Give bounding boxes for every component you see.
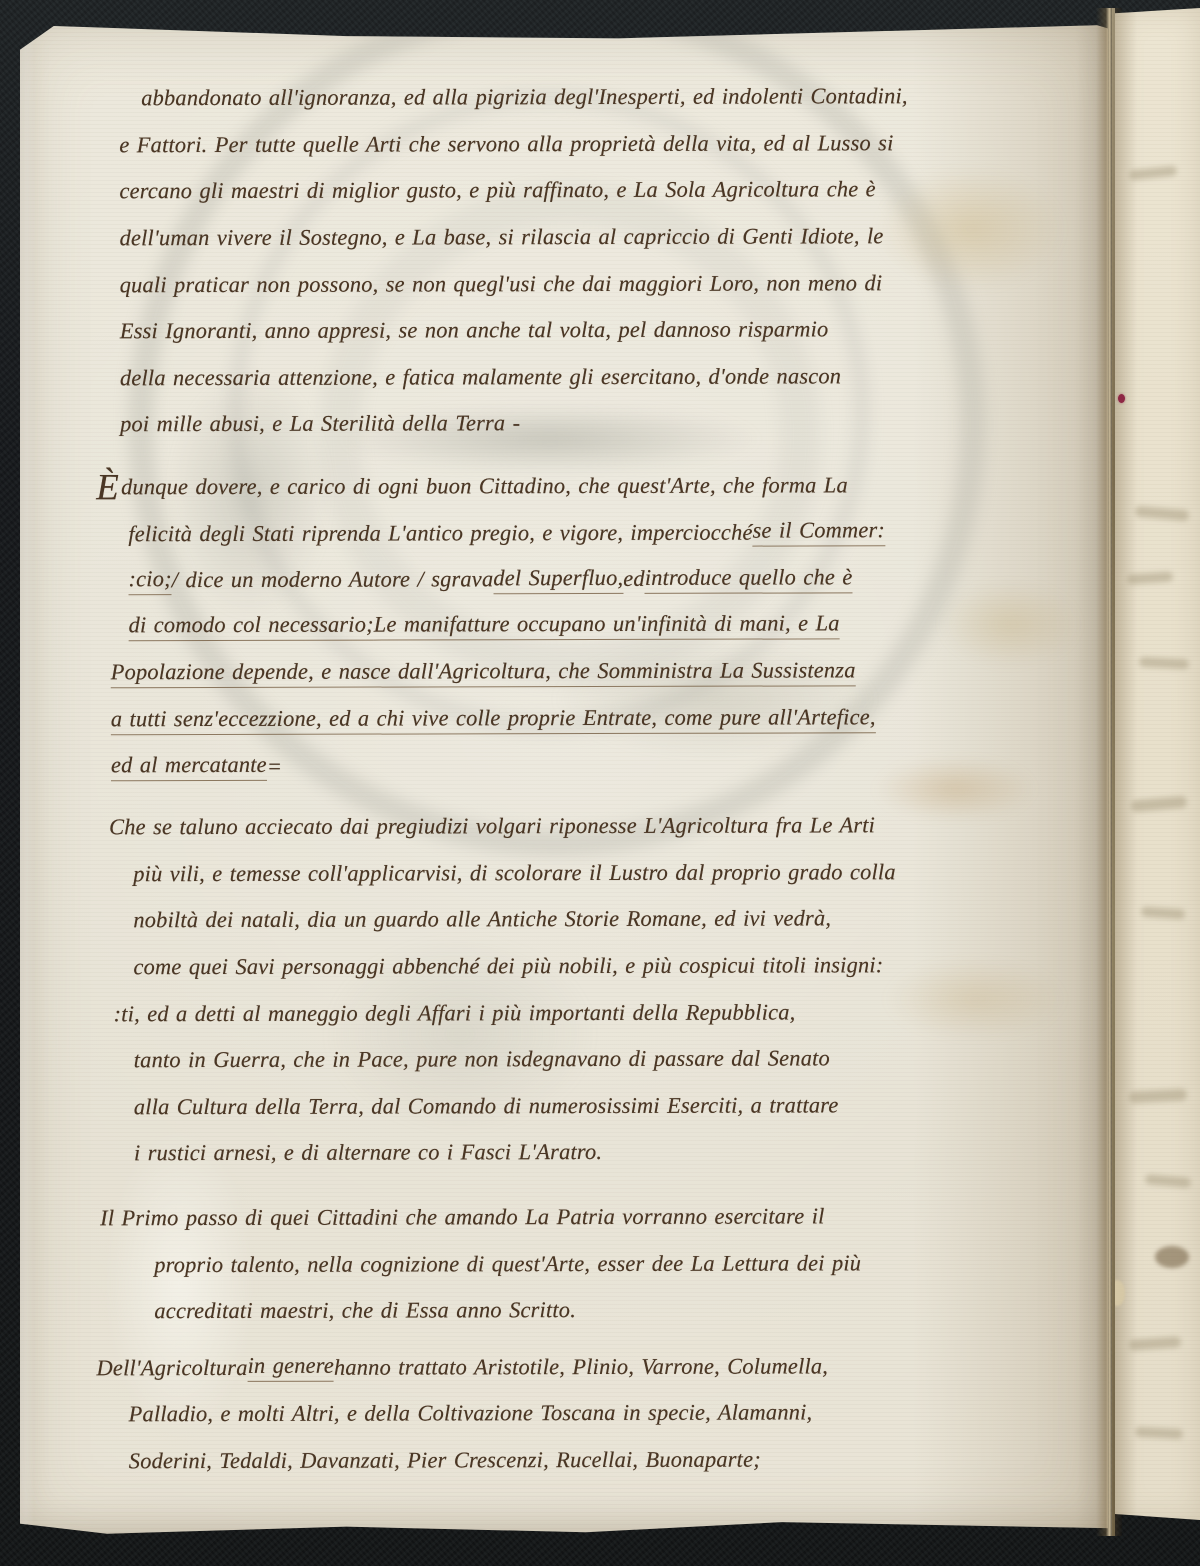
ghost-text-smudge xyxy=(1145,1174,1192,1188)
manuscript-line: proprio talento, nella cognizione di que… xyxy=(96,1239,1098,1288)
text-segment: :ti, ed a detti al maneggio degli Affari… xyxy=(114,999,796,1027)
text-segment: della necessaria attenzione, e fatica ma… xyxy=(120,363,841,391)
text-segment: Essi Ignoranti, anno appresi, se non anc… xyxy=(120,317,829,345)
manuscript-line: È dunque dovere, e carico di ogni buon C… xyxy=(94,461,1096,510)
manuscript-line: Il Primo passo di quei Cittadini che ama… xyxy=(96,1192,1098,1241)
underlined-text-segment: ed al mercatante xyxy=(111,752,267,781)
underlined-text-segment: introduce quello che è xyxy=(645,564,853,594)
facing-page-edge xyxy=(1115,8,1200,1520)
paragraph-2: È dunque dovere, e carico di ogni buon C… xyxy=(94,461,1097,790)
manuscript-line: Soderini, Tedaldi, Davanzati, Pier Cresc… xyxy=(97,1435,1099,1484)
manuscript-text: abbandonato all'ignoranza, ed alla pigri… xyxy=(93,73,1099,1485)
manuscript-line: cercano gli maestri di miglior gusto, e … xyxy=(93,166,1095,215)
paragraph-3: Che se taluno acciecato dai pregiudizi v… xyxy=(95,802,1098,1177)
ghost-text-smudge xyxy=(1127,571,1174,584)
text-segment: ed xyxy=(623,566,645,592)
text-segment: Soderini, Tedaldi, Davanzati, Pier Cresc… xyxy=(129,1446,761,1474)
text-segment: cercano gli maestri di miglior gusto, e … xyxy=(119,177,875,205)
manuscript-line: tanto in Guerra, che in Pace, pure non i… xyxy=(96,1035,1098,1084)
underlined-text-segment: Le manifatture occupano un'infinità di m… xyxy=(374,611,840,641)
text-segment: È xyxy=(96,469,119,506)
red-ink-dot xyxy=(1118,394,1125,403)
manuscript-line: ed al mercatante = xyxy=(95,741,1097,790)
manuscript-line: :ti, ed a detti al maneggio degli Affari… xyxy=(96,988,1098,1037)
ghost-text-smudge xyxy=(1141,906,1186,919)
text-segment: alla Cultura della Terra, dal Comando di… xyxy=(134,1092,839,1120)
ghost-flourish xyxy=(1155,1246,1189,1268)
page-fold-seam xyxy=(1112,8,1115,1536)
manuscript-line: Popolazione depende, e nasce dall'Agrico… xyxy=(95,648,1097,697)
manuscript-line: a tutti senz'eccezzione, ed a chi vive c… xyxy=(95,694,1097,743)
manuscript-line: Essi Ignoranti, anno appresi, se non anc… xyxy=(94,306,1096,355)
underlined-text-segment: di comodo col necessario; xyxy=(129,612,374,642)
ghost-text-smudge xyxy=(1129,1336,1182,1351)
manuscript-line: come quei Savi personaggi abbenché dei p… xyxy=(95,941,1097,990)
manuscript-line: di comodo col necessario; Le manifatture… xyxy=(95,601,1097,650)
text-segment: tanto in Guerra, che in Pace, pure non i… xyxy=(134,1046,830,1074)
manuscript-page: abbandonato all'ignoranza, ed alla pigri… xyxy=(20,24,1108,1538)
manuscript-line: accreditati maestri, che di Essa anno Sc… xyxy=(96,1286,1098,1335)
ghost-text-smudge xyxy=(1129,166,1178,181)
ghost-text-smudge xyxy=(1135,506,1190,522)
text-segment: = xyxy=(267,753,282,779)
ghost-text-smudge xyxy=(1129,1088,1188,1103)
paragraph-5: Dell'Agricoltura in genere hanno trattat… xyxy=(96,1342,1098,1484)
underlined-text-segment: :cio; xyxy=(128,566,171,595)
manuscript-line: Che se taluno acciecato dai pregiudizi v… xyxy=(95,802,1097,851)
manuscript-line: nobiltà dei natali, dia un guardo alle A… xyxy=(95,895,1097,944)
manuscript-line: poi mille abusi, e La Sterilità della Te… xyxy=(94,399,1096,448)
text-segment: i rustici arnesi, e di alternare co i Fa… xyxy=(134,1139,602,1166)
text-segment: / dice un moderno Autore / sgrava xyxy=(172,567,494,594)
paragraph-1: abbandonato all'ignoranza, ed alla pigri… xyxy=(93,73,1096,448)
text-segment: Palladio, e molti Altri, e della Coltiva… xyxy=(129,1400,813,1428)
text-segment: come quei Savi personaggi abbenché dei p… xyxy=(133,952,883,980)
manuscript-line: quali praticar non possono, se non quegl… xyxy=(94,259,1096,308)
text-segment: felicità degli Stati riprenda L'antico p… xyxy=(128,519,752,547)
text-segment: accreditati maestri, che di Essa anno Sc… xyxy=(154,1297,576,1324)
text-segment: Che se taluno acciecato dai pregiudizi v… xyxy=(109,812,875,840)
underlined-text-segment: in genere xyxy=(248,1353,334,1382)
manuscript-line: :cio; / dice un moderno Autore / sgrava … xyxy=(94,555,1096,604)
paragraph-4: Il Primo passo di quei Cittadini che ama… xyxy=(96,1192,1098,1334)
text-segment: nobiltà dei natali, dia un guardo alle A… xyxy=(133,906,831,934)
manuscript-line: e Fattori. Per tutte quelle Arti che ser… xyxy=(93,119,1095,168)
text-segment: quali praticar non possono, se non quegl… xyxy=(120,270,883,298)
ghost-text-smudge xyxy=(1139,657,1189,670)
underlined-text-segment: Popolazione depende, e nasce dall'Agrico… xyxy=(111,657,856,688)
manuscript-line: Dell'Agricoltura in genere hanno trattat… xyxy=(96,1342,1098,1391)
text-segment: e Fattori. Per tutte quelle Arti che ser… xyxy=(119,130,893,158)
text-segment: più vili, e temesse coll'applicarvisi, d… xyxy=(133,859,896,887)
manuscript-line: più vili, e temesse coll'applicarvisi, d… xyxy=(95,848,1097,897)
manuscript-line: felicità degli Stati riprenda L'antico p… xyxy=(94,508,1096,557)
manuscript-line: i rustici arnesi, e di alternare co i Fa… xyxy=(96,1128,1098,1177)
text-segment: Il Primo passo di quei Cittadini che ama… xyxy=(100,1203,824,1231)
underlined-text-segment: se il Commer: xyxy=(753,517,886,546)
text-segment: poi mille abusi, e La Sterilità della Te… xyxy=(120,411,520,438)
manuscript-line: alla Cultura della Terra, dal Comando di… xyxy=(96,1081,1098,1130)
text-segment: dunque dovere, e carico di ogni buon Cit… xyxy=(121,472,848,500)
underlined-text-segment: a tutti senz'eccezzione, ed a chi vive c… xyxy=(111,704,876,735)
text-segment: dell'uman vivere il Sostegno, e La base,… xyxy=(120,223,884,251)
text-segment: abbandonato all'ignoranza, ed alla pigri… xyxy=(141,83,908,111)
manuscript-line: dell'uman vivere il Sostegno, e La base,… xyxy=(94,212,1096,261)
text-segment: proprio talento, nella cognizione di que… xyxy=(154,1250,861,1278)
text-segment: hanno trattato Aristotile, Plinio, Varro… xyxy=(334,1353,828,1380)
text-segment: Dell'Agricoltura xyxy=(97,1355,248,1381)
underlined-text-segment: del Superfluo, xyxy=(493,565,623,594)
ghost-text-smudge xyxy=(1135,1427,1183,1439)
photo-backdrop: abbandonato all'ignoranza, ed alla pigri… xyxy=(0,0,1200,1566)
manuscript-line: Palladio, e molti Altri, e della Coltiva… xyxy=(97,1389,1099,1438)
manuscript-line: della necessaria attenzione, e fatica ma… xyxy=(94,352,1096,401)
ghost-text-smudge xyxy=(1131,796,1188,813)
manuscript-line: abbandonato all'ignoranza, ed alla pigri… xyxy=(93,73,1095,122)
